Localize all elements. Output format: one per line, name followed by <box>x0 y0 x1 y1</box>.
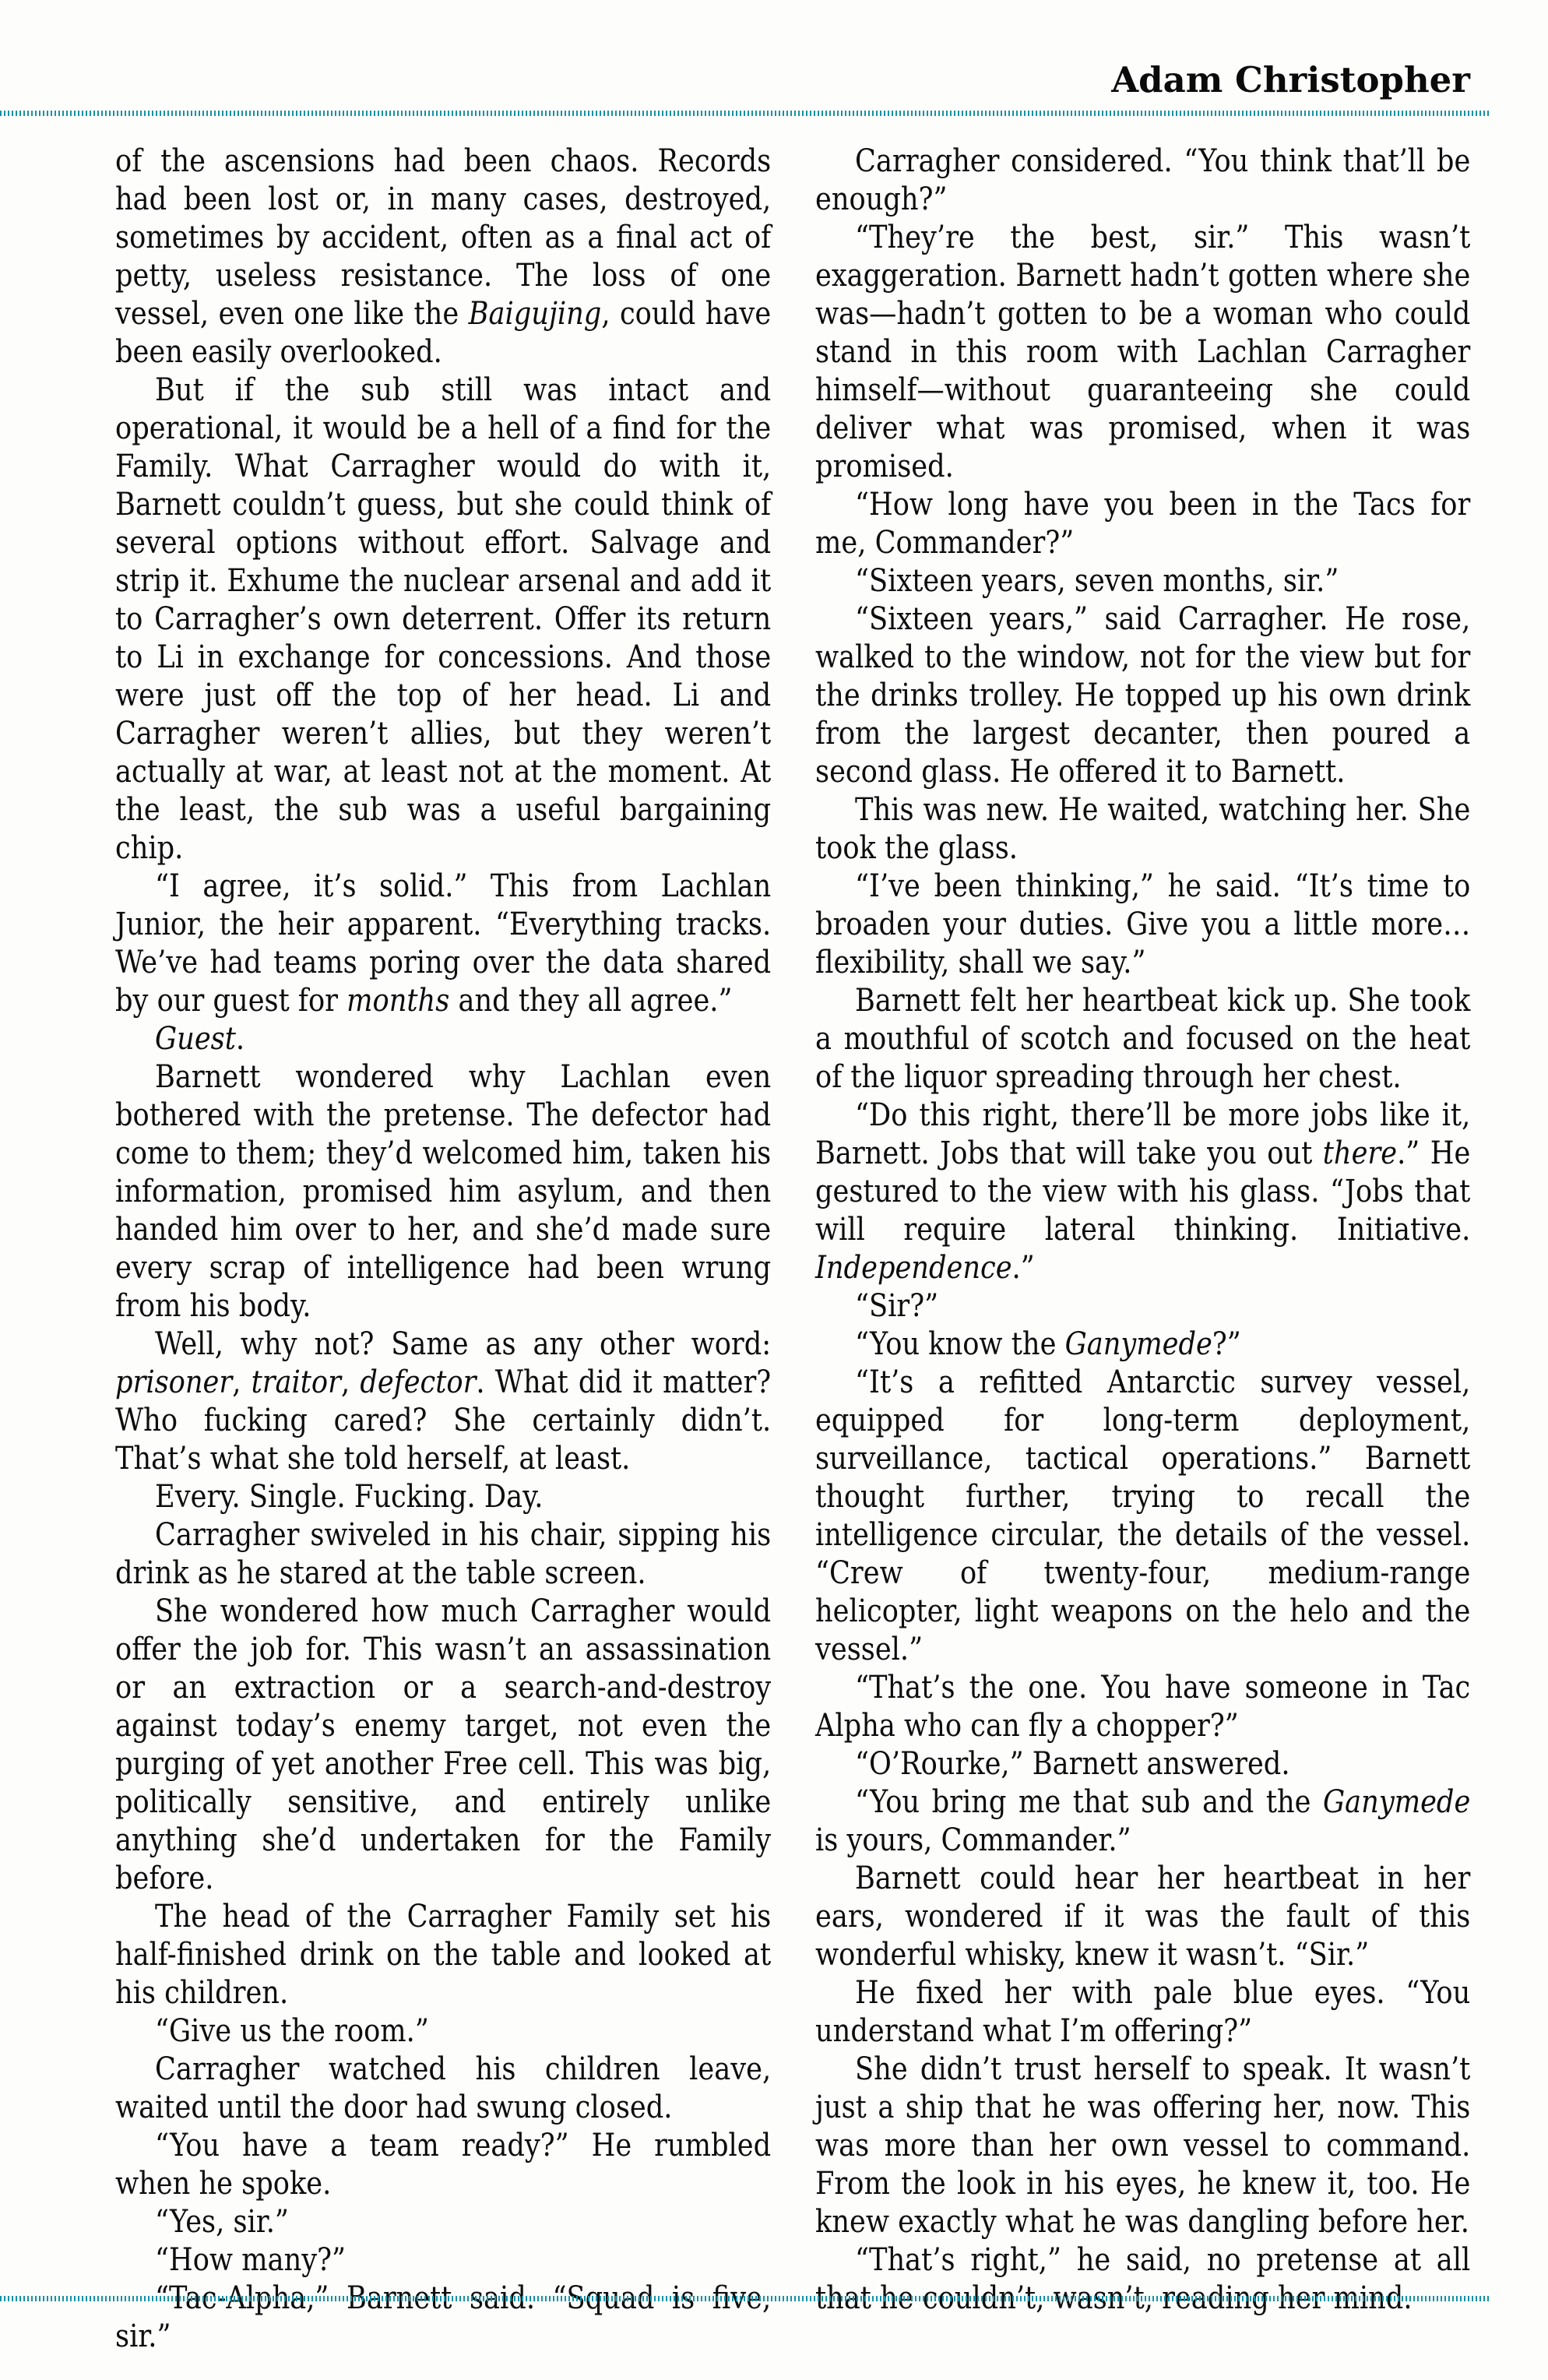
text-run: “That’s right,” he said, no pretense at … <box>815 2242 1470 2316</box>
paragraph: Barnett could hear her heartbeat in her … <box>815 1860 1470 1974</box>
text-run: Carragher swiveled in his chair, sipping… <box>115 1517 771 1591</box>
paragraph: “How long have you been in the Tacs for … <box>815 486 1470 562</box>
text-run: and they all agree.” <box>449 983 732 1019</box>
paragraph: Every. Single. Fucking. Day. <box>115 1478 771 1516</box>
paragraph: Carragher considered. “You think that’ll… <box>815 143 1470 219</box>
text-run: This was new. He waited, watching her. S… <box>815 792 1470 866</box>
italic-text-run: Guest <box>155 1021 236 1057</box>
running-header: Adam Christopher <box>0 59 1470 100</box>
paragraph: “They’re the best, sir.” This wasn’t exa… <box>815 219 1470 486</box>
paragraph: Guest. <box>115 1020 771 1058</box>
paragraph: “You have a team ready?” He rumbled when… <box>115 2127 771 2203</box>
text-run: Barnett could hear her heartbeat in her … <box>815 1861 1470 1973</box>
italic-text-run: prisoner <box>115 1364 232 1400</box>
left-text-column: of the ascensions had been chaos. Record… <box>115 143 771 2356</box>
paragraph: This was new. He waited, watching her. S… <box>815 791 1470 868</box>
paragraph: But if the sub still was intact and oper… <box>115 371 771 868</box>
text-run: Well, why not? Same as any other word: <box>155 1326 771 1362</box>
text-run: , <box>232 1364 251 1400</box>
text-run: , <box>341 1364 360 1400</box>
text-run: “Give us the room.” <box>155 2013 429 2049</box>
text-run: “They’re the best, sir.” This wasn’t exa… <box>815 220 1470 484</box>
text-run: “You bring me that sub and the <box>855 1784 1323 1820</box>
text-run: “Sixteen years,” said Carragher. He rose… <box>815 601 1470 790</box>
text-run: Barnett wondered why Lachlan even bother… <box>115 1059 771 1324</box>
paragraph: of the ascensions had been chaos. Record… <box>115 143 771 371</box>
paragraph: “You know the Ganymede?” <box>815 1326 1470 1364</box>
italic-text-run: Independence <box>815 1250 1012 1286</box>
text-run: “You have a team ready?” He rumbled when… <box>115 2128 771 2202</box>
italic-text-run: Baigujing <box>469 296 602 332</box>
paragraph: “How many?” <box>115 2241 771 2280</box>
text-run: “How long have you been in the Tacs for … <box>815 487 1470 561</box>
text-run: The head of the Carragher Family set his… <box>115 1899 771 2011</box>
italic-text-run: there <box>1323 1135 1397 1171</box>
paragraph: “Sir?” <box>815 1287 1470 1326</box>
text-run: Carragher watched his children leave, wa… <box>115 2051 771 2125</box>
text-run: “You know the <box>855 1326 1065 1362</box>
author-name: Adam Christopher <box>1111 59 1470 100</box>
bottom-divider-rule <box>0 2296 1490 2301</box>
paragraph: “Yes, sir.” <box>115 2203 771 2241</box>
text-run: “O’Rourke,” Barnett answered. <box>855 1746 1289 1782</box>
text-run: Barnett felt her heartbeat kick up. She … <box>815 983 1470 1095</box>
paragraph: “You bring me that sub and the Ganymede … <box>815 1783 1470 1860</box>
text-run: is yours, Commander.” <box>815 1822 1131 1858</box>
paragraph: “O’Rourke,” Barnett answered. <box>815 1745 1470 1783</box>
italic-text-run: traitor <box>252 1364 341 1400</box>
text-run: . <box>236 1021 245 1057</box>
text-run: “Sixteen years, seven months, sir.” <box>855 563 1339 599</box>
paragraph: “Sixteen years, seven months, sir.” <box>815 562 1470 600</box>
text-run: .” <box>1012 1250 1035 1286</box>
paragraph: “Sixteen years,” said Carragher. He rose… <box>815 600 1470 791</box>
text-run: “Sir?” <box>855 1288 938 1324</box>
text-run: “It’s a refitted Antarctic survey vessel… <box>815 1364 1470 1667</box>
paragraph: “Do this right, there’ll be more jobs li… <box>815 1097 1470 1287</box>
text-run: He fixed her with pale blue eyes. “You u… <box>815 1975 1470 2049</box>
text-run: “Tac-Alpha,” Barnett said. “Squad is fiv… <box>115 2280 771 2354</box>
text-run: Every. Single. Fucking. Day. <box>155 1479 543 1515</box>
text-run: “I’ve been thinking,” he said. “It’s tim… <box>815 868 1470 981</box>
right-text-column: Carragher considered. “You think that’ll… <box>815 143 1470 2318</box>
paragraph: “I agree, it’s solid.” This from Lachlan… <box>115 868 771 1020</box>
italic-text-run: Ganymede <box>1323 1784 1470 1820</box>
text-run: ?” <box>1212 1326 1241 1362</box>
paragraph: Well, why not? Same as any other word: p… <box>115 1326 771 1478</box>
text-run: But if the sub still was intact and oper… <box>115 372 771 866</box>
text-run: She didn’t trust herself to speak. It wa… <box>815 2051 1470 2240</box>
italic-text-run: months <box>347 983 449 1019</box>
top-divider-rule <box>0 111 1490 116</box>
paragraph: “I’ve been thinking,” he said. “It’s tim… <box>815 868 1470 982</box>
paragraph: The head of the Carragher Family set his… <box>115 1898 771 2012</box>
text-run: “That’s the one. You have someone in Tac… <box>815 1670 1470 1744</box>
text-run: “Yes, sir.” <box>155 2204 289 2240</box>
paragraph: She wondered how much Carragher would of… <box>115 1593 771 1898</box>
text-run: “How many?” <box>155 2242 346 2278</box>
paragraph: “Tac-Alpha,” Barnett said. “Squad is fiv… <box>115 2280 771 2356</box>
text-run: Carragher considered. “You think that’ll… <box>815 143 1470 217</box>
paragraph: Carragher swiveled in his chair, sipping… <box>115 1516 771 1593</box>
paragraph: “Give us the room.” <box>115 2012 771 2051</box>
paragraph: Barnett wondered why Lachlan even bother… <box>115 1058 771 1326</box>
paragraph: “It’s a refitted Antarctic survey vessel… <box>815 1364 1470 1669</box>
paragraph: “That’s the one. You have someone in Tac… <box>815 1669 1470 1745</box>
paragraph: Barnett felt her heartbeat kick up. She … <box>815 982 1470 1097</box>
italic-text-run: Ganymede <box>1065 1326 1212 1362</box>
italic-text-run: defector <box>360 1364 476 1400</box>
text-run: She wondered how much Carragher would of… <box>115 1593 771 1896</box>
paragraph: “That’s right,” he said, no pretense at … <box>815 2241 1470 2318</box>
book-page: Adam Christopher of the ascensions had b… <box>0 0 1548 2380</box>
paragraph: He fixed her with pale blue eyes. “You u… <box>815 1974 1470 2051</box>
paragraph: She didn’t trust herself to speak. It wa… <box>815 2051 1470 2241</box>
paragraph: Carragher watched his children leave, wa… <box>115 2051 771 2127</box>
